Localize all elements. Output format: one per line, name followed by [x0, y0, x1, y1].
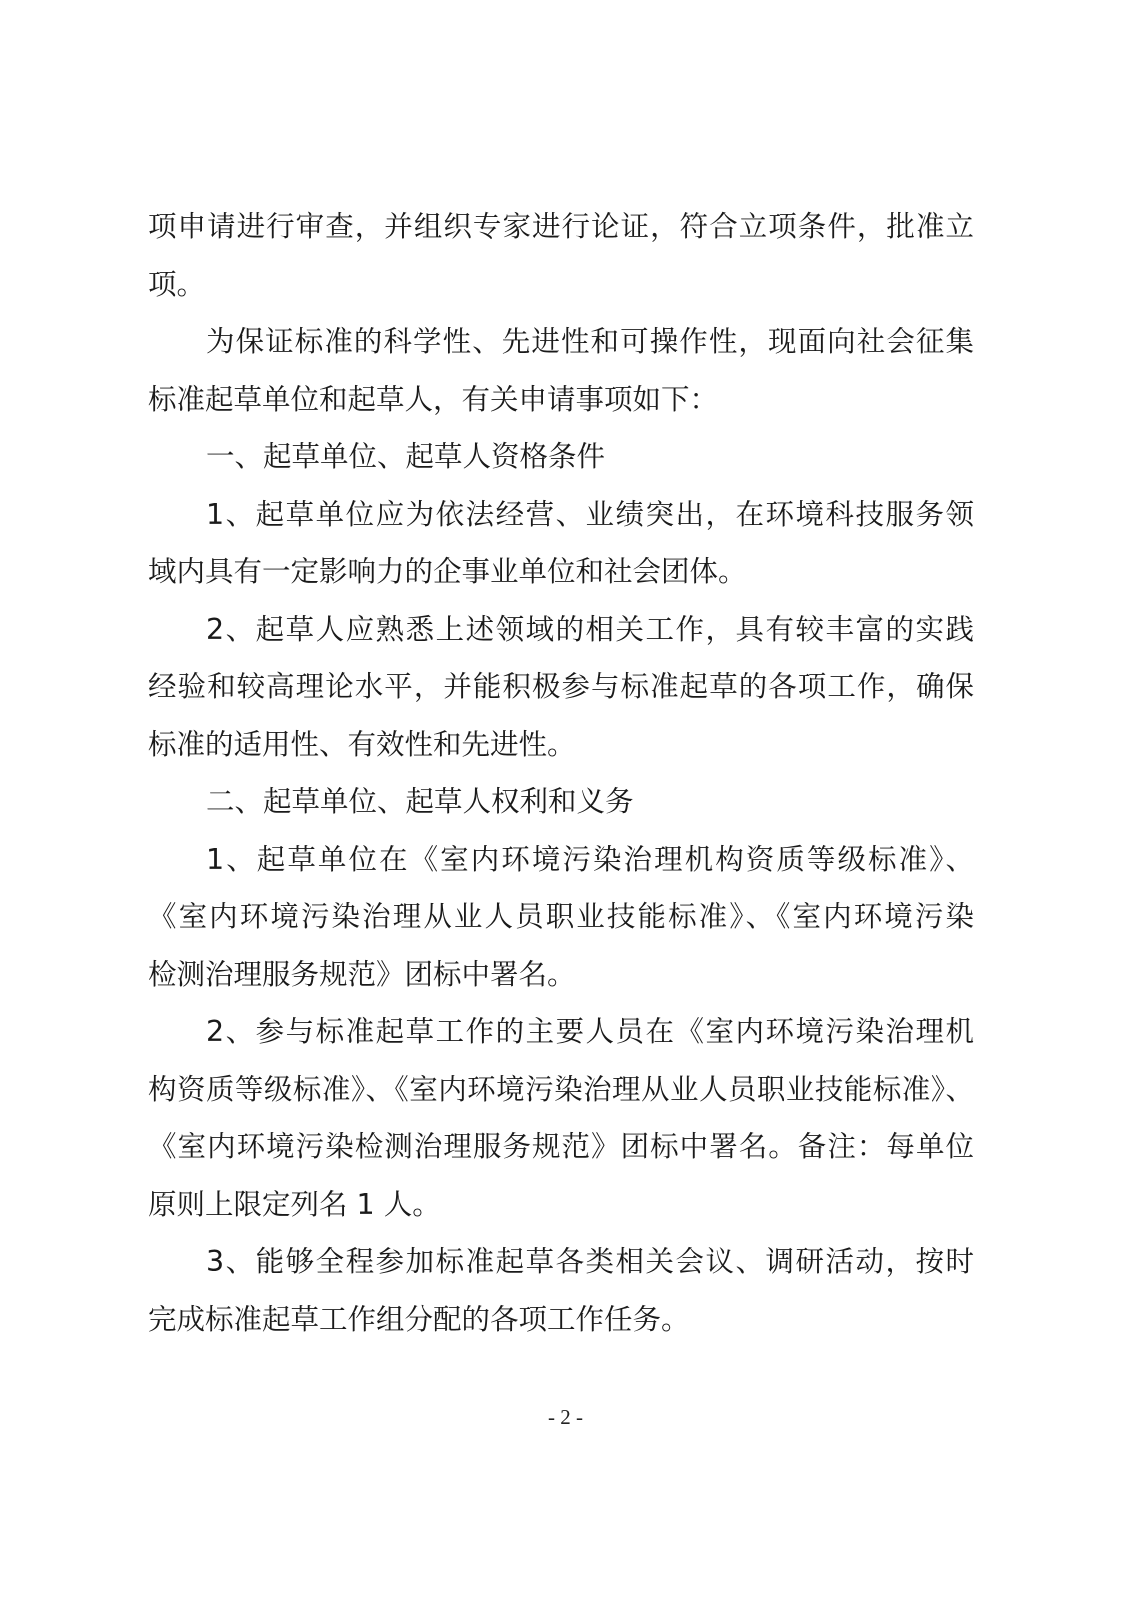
text-line-13: 《室内环境污染治理从业人员职业技能标准》、《室内环境污染 — [148, 897, 974, 937]
text-line-4: 标准起草单位和起草人，有关申请事项如下： — [148, 380, 974, 420]
text-line-3: 为保证标准的科学性、先进性和可操作性，现面向社会征集 — [206, 322, 974, 362]
page-number: - 2 - — [0, 1402, 1131, 1432]
document-page: 项申请进行审查，并组织专家进行论证，符合立项条件，批准立 项。 为保证标准的科学… — [0, 0, 1131, 1600]
text-line-15: 2、参与标准起草工作的主要人员在《室内环境污染治理机 — [206, 1012, 974, 1052]
text-line-1: 项申请进行审查，并组织专家进行论证，符合立项条件，批准立 — [148, 207, 974, 247]
text-line-20: 完成标准起草工作组分配的各项工作任务。 — [148, 1300, 974, 1340]
text-line-12: 1、起草单位在《室内环境污染治理机构资质等级标准》、 — [206, 840, 974, 880]
section-heading-1: 一、起草单位、起草人资格条件 — [206, 437, 974, 477]
text-line-2: 项。 — [148, 265, 974, 305]
text-line-16: 构资质等级标准》、《室内环境污染治理从业人员职业技能标准》、 — [148, 1070, 974, 1110]
text-line-18: 原则上限定列名 1 人。 — [148, 1185, 974, 1225]
text-line-19: 3、能够全程参加标准起草各类相关会议、调研活动，按时 — [206, 1242, 974, 1282]
text-line-14: 检测治理服务规范》团标中署名。 — [148, 955, 974, 995]
text-line-9: 经验和较高理论水平，并能积极参与标准起草的各项工作，确保 — [148, 667, 974, 707]
text-line-17: 《室内环境污染检测治理服务规范》团标中署名。备注：每单位 — [148, 1127, 974, 1167]
text-line-6: 1、起草单位应为依法经营、业绩突出，在环境科技服务领 — [206, 495, 974, 535]
text-line-10: 标准的适用性、有效性和先进性。 — [148, 725, 974, 765]
section-heading-2: 二、起草单位、起草人权利和义务 — [206, 782, 974, 822]
text-line-7: 域内具有一定影响力的企事业单位和社会团体。 — [148, 552, 974, 592]
text-line-8: 2、起草人应熟悉上述领域的相关工作，具有较丰富的实践 — [206, 610, 974, 650]
